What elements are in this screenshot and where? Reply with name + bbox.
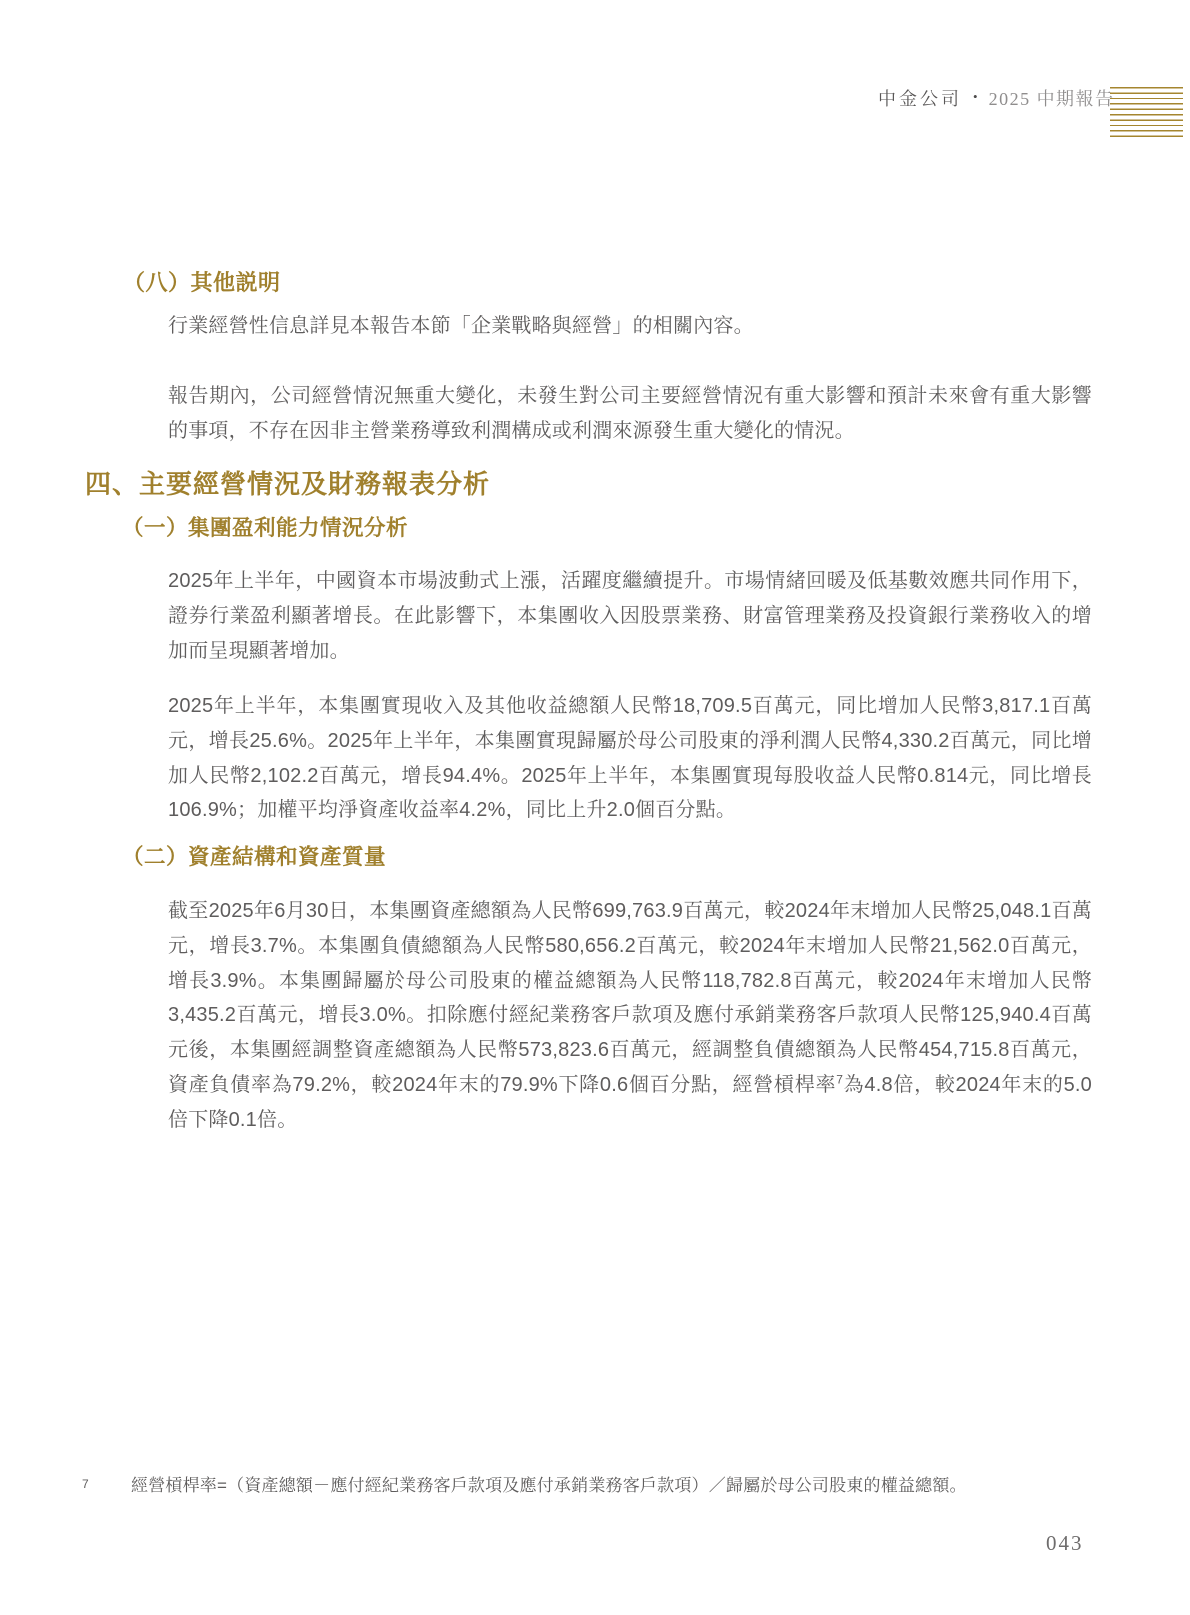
paragraph-asset-structure-1: 截至2025年6月30日，本集團資產總額為人民幣699,763.9百萬元，較20… (168, 894, 1092, 1138)
paragraph-other-notes-1: 行業經營性信息詳見本報告本節「企業戰略與經營」的相關內容。 (168, 309, 1092, 344)
heading-profitability: （一）集團盈利能力情況分析 (122, 511, 408, 542)
heading-other-notes: （八）其他説明 (123, 266, 281, 297)
page-number: 043 (1046, 1531, 1084, 1556)
report-page: 中金公司 • 2025 中期報告 （八）其他説明 行業經營性信息詳見本報告本節「… (0, 0, 1190, 1615)
running-header: 中金公司 • 2025 中期報告 (878, 85, 1115, 111)
paragraph-profitability-2: 2025年上半年，本集團實現收入及其他收益總額人民幣18,709.5百萬元，同比… (168, 689, 1092, 828)
paragraph-profitability-1: 2025年上半年，中國資本市場波動式上漲，活躍度繼續提升。市場情緒回暖及低基數效… (168, 564, 1092, 668)
bullet-separator-icon: • (973, 89, 978, 105)
heading-main-analysis: 四、主要經營情況及財務報表分析 (85, 464, 490, 501)
paragraph-text-before-footnote-ref: 截至2025年6月30日，本集團資產總額為人民幣699,763.9百萬元，較20… (168, 900, 1092, 1096)
stripes-decoration-icon (1110, 87, 1183, 137)
company-name: 中金公司 (878, 85, 962, 111)
footnote-text: 經營槓桿率=（資產總額－應付經紀業務客戶款項及應付承銷業務客戶款項）／歸屬於母公… (131, 1473, 1111, 1499)
footnote-marker: 7 (82, 1477, 89, 1491)
report-title: 2025 中期報告 (989, 85, 1115, 111)
paragraph-other-notes-2: 報告期內，公司經營情況無重大變化，未發生對公司主要經營情況有重大影響和預計未來會… (168, 379, 1092, 449)
heading-asset-structure: （二）資產結構和資產質量 (122, 840, 386, 871)
